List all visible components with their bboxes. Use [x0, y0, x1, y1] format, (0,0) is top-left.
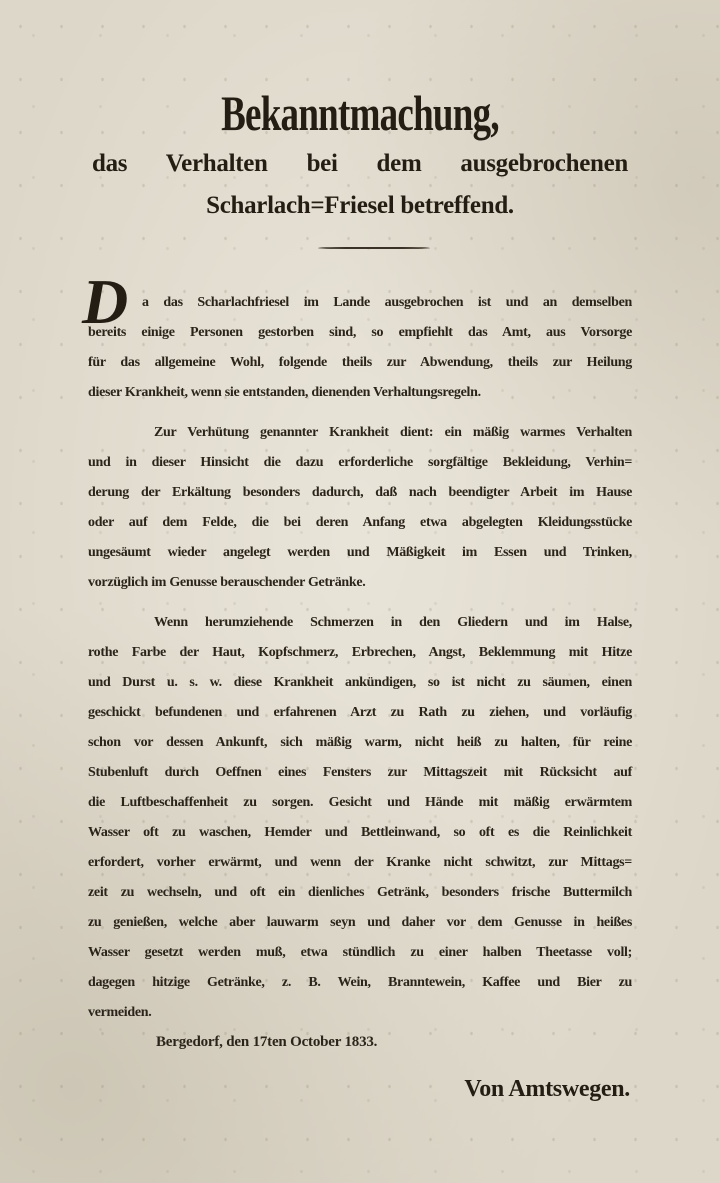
page-title: Bekanntmachung,	[94, 84, 627, 142]
text-line: Wasser oft zu waschen, Hemder und Bettle…	[88, 818, 632, 848]
text-line: Stubenluft durch Oeffnen eines Fensters …	[88, 758, 632, 788]
text-line: dieser Krankheit, wenn sie entstanden, d…	[88, 378, 632, 408]
text-line: geschickt befundenen und erfahrenen Arzt…	[88, 698, 632, 728]
text-line: und Durst u. s. w. diese Krankheit ankün…	[88, 668, 632, 698]
text-line: Zur Verhütung genannter Krankheit dient:…	[88, 418, 632, 448]
text-line: ungesäumt wieder angelegt werden und Mäß…	[88, 538, 632, 568]
text-line: a das Scharlachfriesel im Lande ausgebro…	[88, 288, 632, 318]
text-line: die Luftbeschaffenheit zu sorgen. Gesich…	[88, 788, 632, 818]
text-line: für das allgemeine Wohl, folgende theils…	[88, 348, 632, 378]
text-line: und in dieser Hinsicht die dazu erforder…	[88, 448, 632, 478]
text-line: zu genießen, welche aber lauwarm seyn un…	[88, 908, 632, 938]
subtitle-line-2: Scharlach=Friesel betreffend.	[92, 192, 628, 220]
text-line: dagegen hitzige Getränke, z. B. Wein, Br…	[88, 968, 632, 998]
document-body: D a das Scharlachfriesel im Lande ausgeb…	[88, 288, 632, 1028]
drop-cap: D	[82, 270, 128, 334]
paragraph-prevention: Zur Verhütung genannter Krankheit dient:…	[88, 418, 632, 598]
divider-rule	[318, 247, 430, 249]
text-line: schon vor dessen Ankunft, sich mäßig war…	[88, 728, 632, 758]
text-line: bereits einige Personen gestorben sind, …	[88, 318, 632, 348]
text-line: vorzüglich im Genusse berauschender Getr…	[88, 568, 632, 598]
signature: Von Amtswegen.	[464, 1076, 630, 1103]
document-page: Bekanntmachung, das Verhalten bei dem au…	[0, 0, 720, 1183]
paragraph-symptoms-and-care: Wenn herumziehende Schmerzen in den Glie…	[88, 608, 632, 1028]
text-line: vermeiden.	[88, 998, 632, 1028]
text-line: Wasser gesetzt werden muß, etwa stündlic…	[88, 938, 632, 968]
text-line: rothe Farbe der Haut, Kopfschmerz, Erbre…	[88, 638, 632, 668]
text-line: Wenn herumziehende Schmerzen in den Glie…	[88, 608, 632, 638]
subtitle-line-1: das Verhalten bei dem ausgebrochenen	[92, 150, 628, 178]
text-line: erfordert, vorher erwärmt, und wenn der …	[88, 848, 632, 878]
text-line: zeit zu wechseln, und oft ein dienliches…	[88, 878, 632, 908]
text-line: derung der Erkältung besonders dadurch, …	[88, 478, 632, 508]
dateline: Bergedorf, den 17ten October 1833.	[156, 1034, 377, 1051]
paragraph-opening: D a das Scharlachfriesel im Lande ausgeb…	[88, 288, 632, 408]
text-line: oder auf dem Felde, die bei deren Anfang…	[88, 508, 632, 538]
